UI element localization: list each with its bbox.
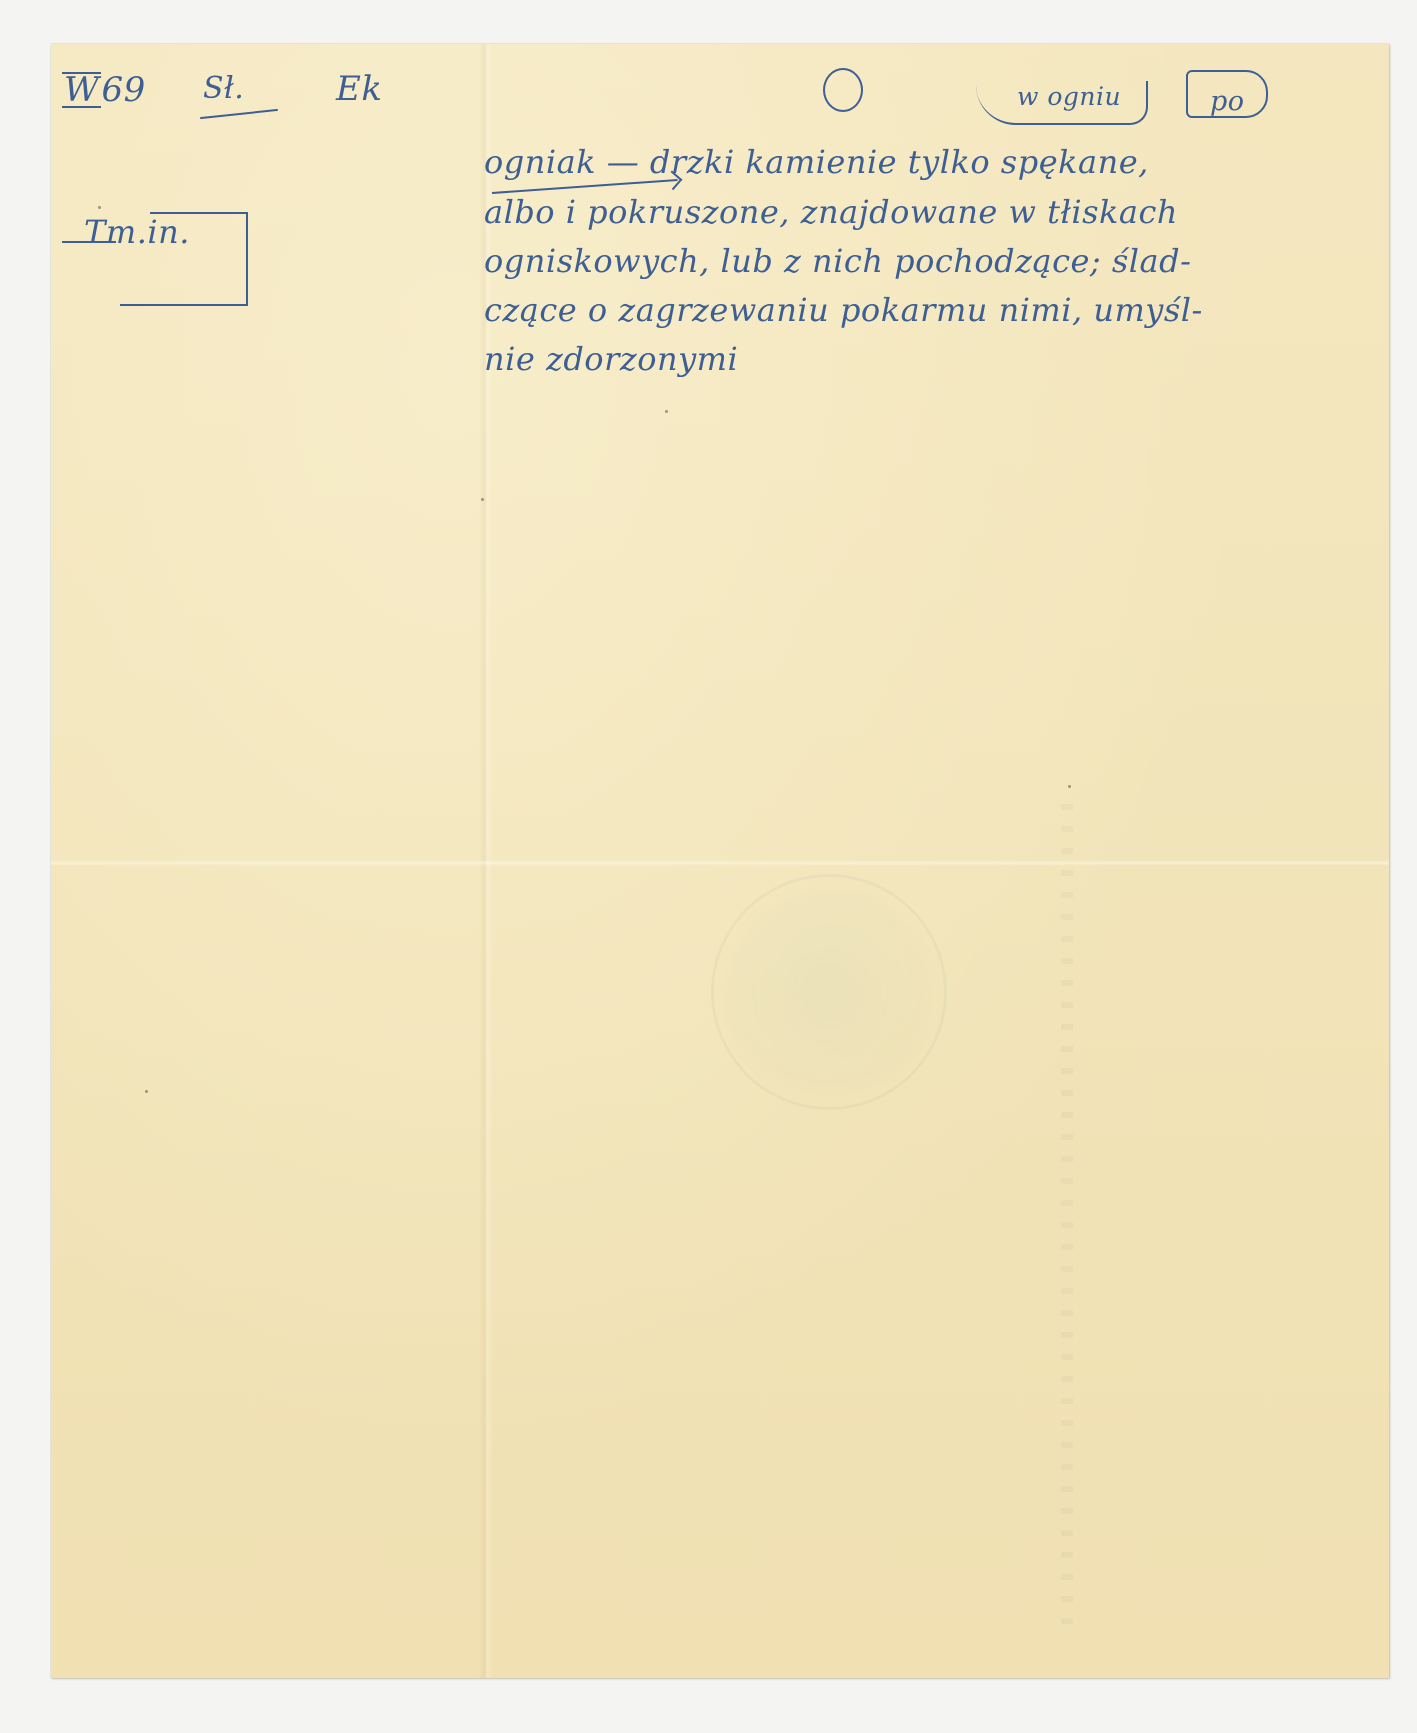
boxed-abbreviation: Tm.in. xyxy=(84,216,190,248)
faint-stamp-bleedthrough xyxy=(711,874,947,1110)
abbr-left-tick xyxy=(62,241,116,243)
paper-speck xyxy=(145,1090,148,1093)
paper-speck xyxy=(1068,785,1071,788)
entry-line-1: ogniak — drzki kamienie tylko spękane, xyxy=(484,146,1149,178)
entry-line-3: ogniskowych, lub z nich pochodzące; ślad… xyxy=(484,245,1191,277)
header-code-number: 69 xyxy=(101,70,145,110)
entry-line-2: albo i pokruszone, znajdowane w tłiskach xyxy=(484,196,1178,228)
faint-bleedthrough-marks xyxy=(1061,804,1073,1624)
insert-po: po xyxy=(1210,88,1245,115)
entry-line-4: czące o zagrzewaniu pokarmu nimi, umyśl- xyxy=(484,294,1203,326)
box-bottom-line xyxy=(120,304,248,306)
insert-w-ogniu: w ogniu xyxy=(1017,84,1121,109)
paper-sheet xyxy=(51,44,1389,1678)
paper-speck xyxy=(665,410,668,413)
scanned-page: W69 Sł. Ek Tm.in. w ogniu po ogniak — dr… xyxy=(0,0,1417,1733)
paper-speck xyxy=(98,206,101,209)
header-editor-initials: Ek xyxy=(336,72,382,106)
box-top-line xyxy=(150,212,246,214)
header-code-roman: W xyxy=(62,72,101,108)
header-source-abbr: Sł. xyxy=(203,74,244,104)
circle-mark xyxy=(823,68,863,112)
paper-speck xyxy=(481,498,484,501)
entry-line-5: nie zdorzonymi xyxy=(484,343,738,375)
header-code: W69 xyxy=(62,72,146,108)
box-right-line xyxy=(246,212,248,304)
horizontal-fold-line xyxy=(51,860,1389,866)
